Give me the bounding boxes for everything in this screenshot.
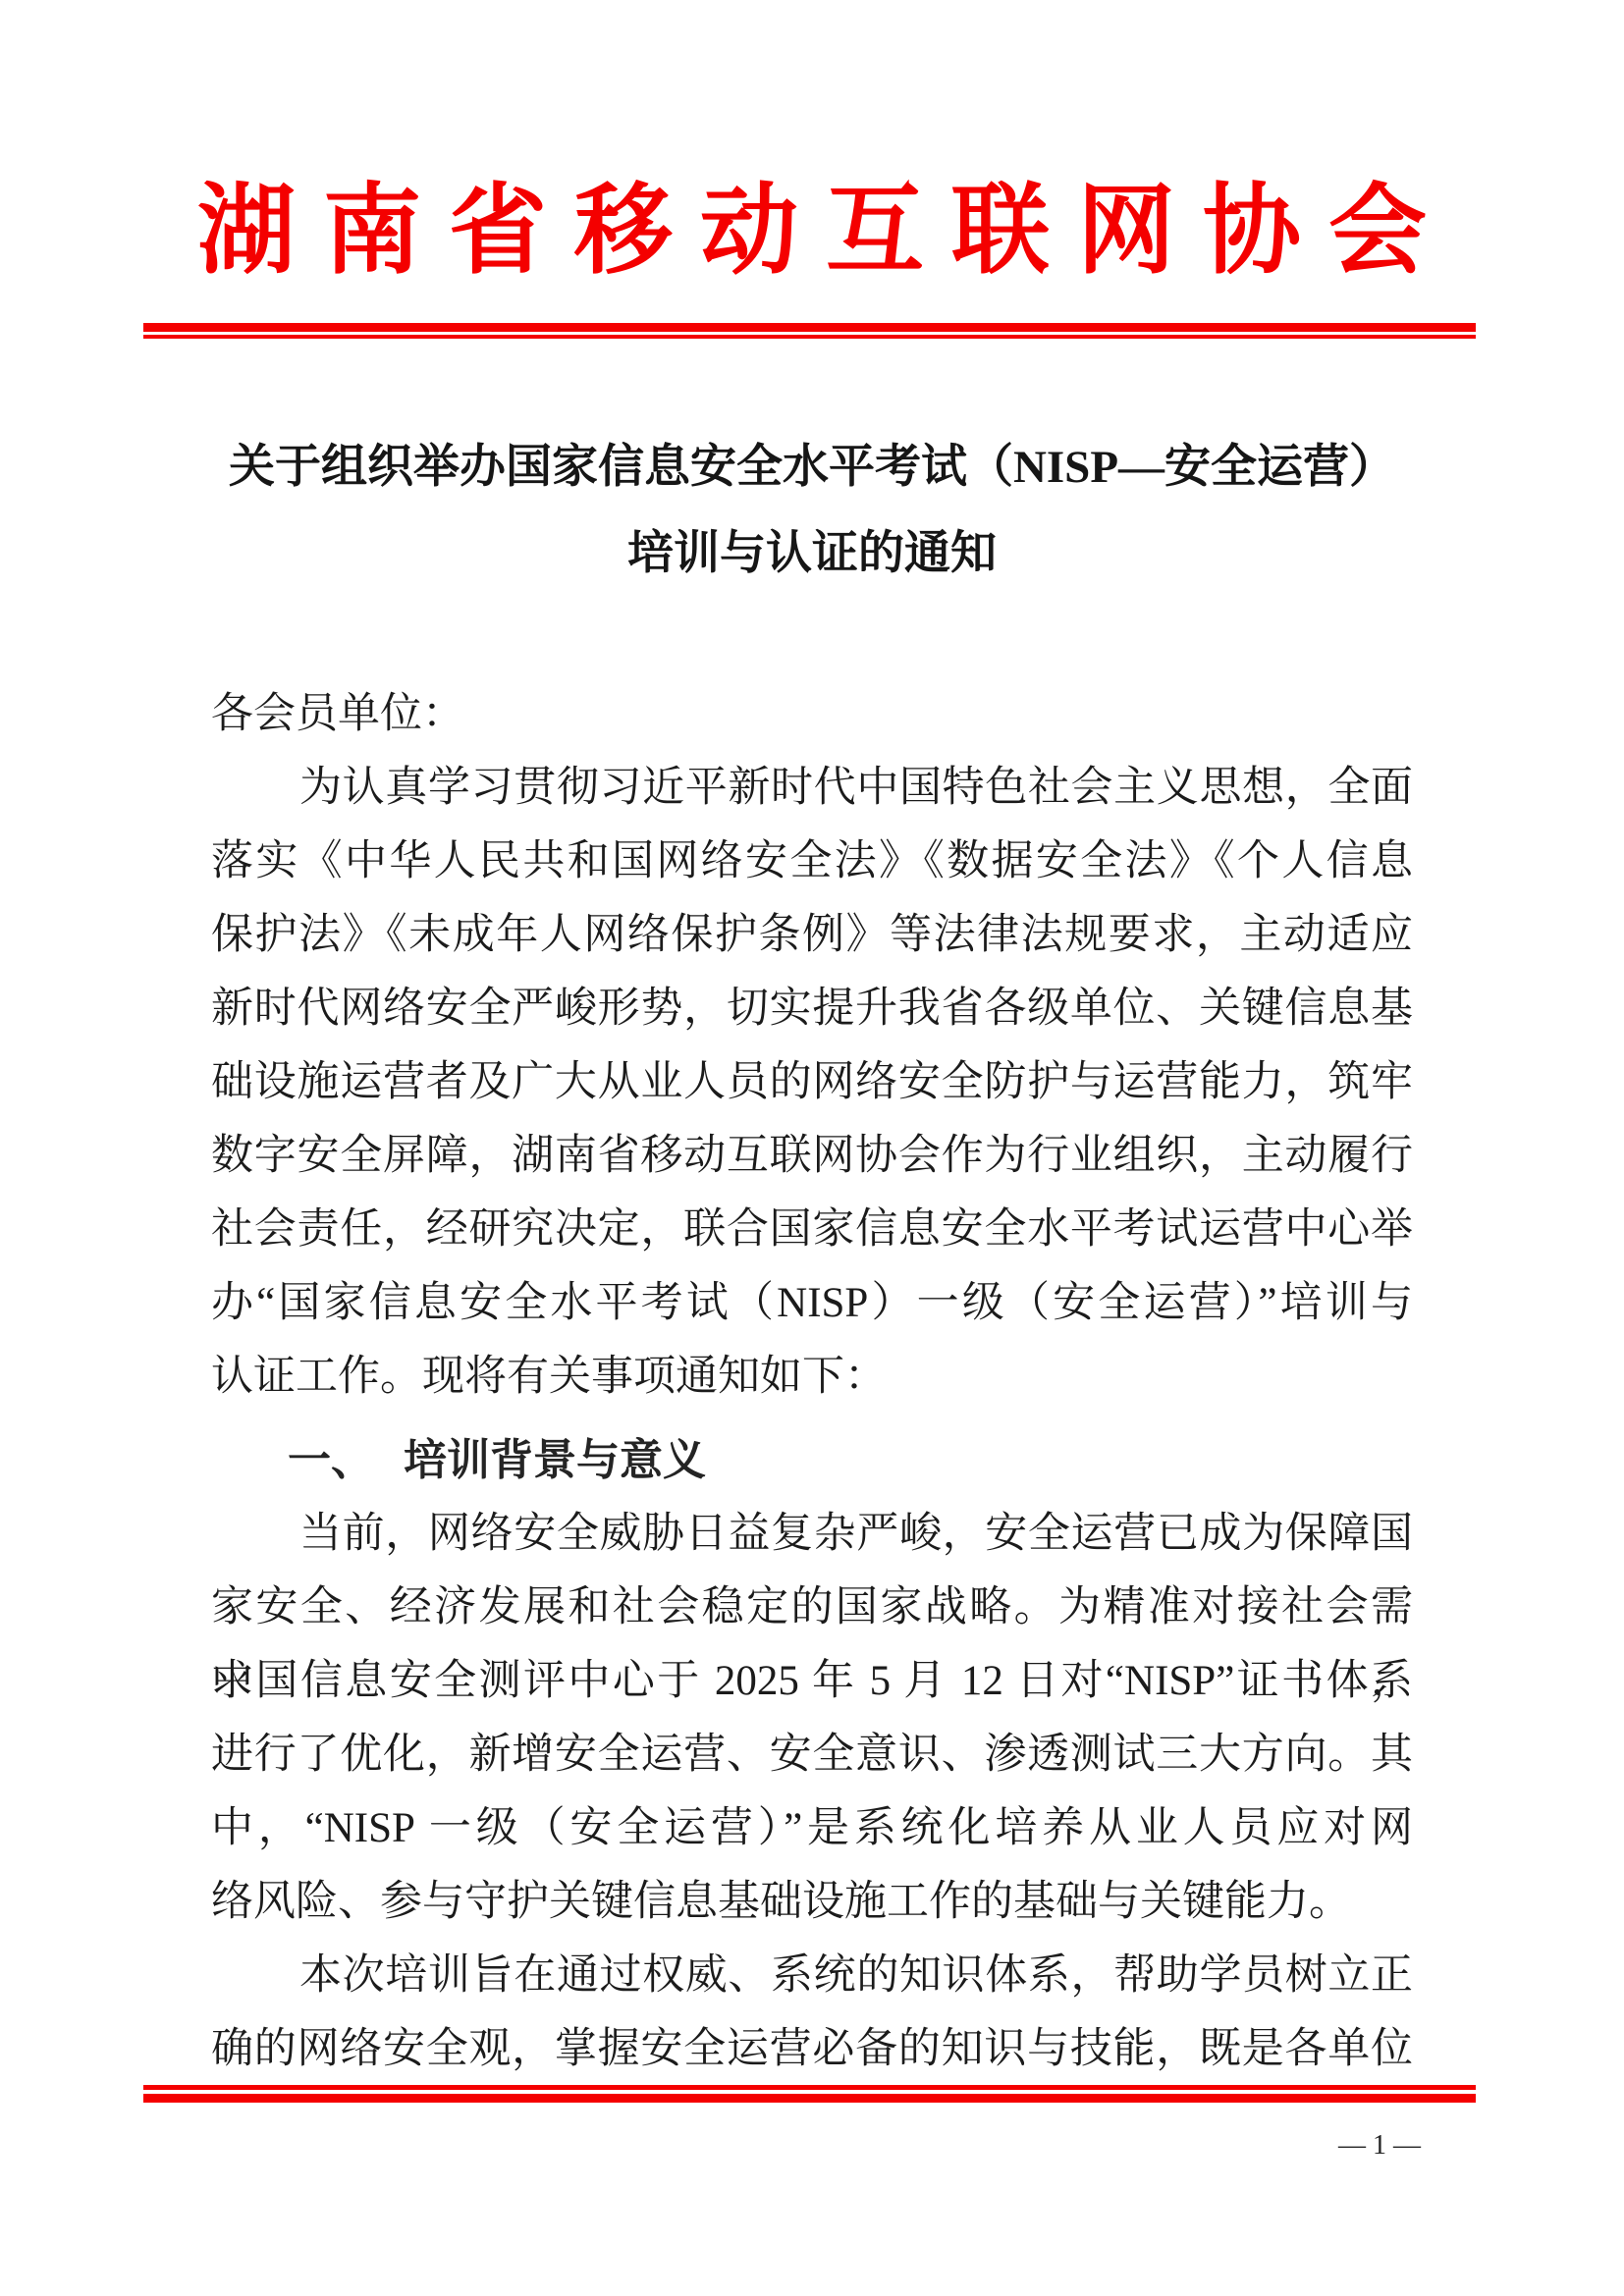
paragraph-line: 数字安全屏障，湖南省移动互联网协会作为行业组织，主动履行: [211, 1119, 1413, 1193]
document-page: 湖南省移动互联网协会 关于组织举办国家信息安全水平考试（NISP—安全运营） 培…: [0, 0, 1624, 2296]
paragraph-line: 新时代网络安全严峻形势，切实提升我省各级单位、关键信息基: [211, 972, 1413, 1045]
paragraph-line: 确的网络安全观，掌握安全运营必备的知识与技能，既是各单位: [211, 2012, 1413, 2086]
document-title-line1: 关于组织举办国家信息安全水平考试（NISP—安全运营）: [0, 424, 1624, 510]
footer-rule-thick: [143, 2094, 1476, 2103]
paragraph-line: 本次培训旨在通过权威、系统的知识体系，帮助学员树立正: [211, 1939, 1413, 2012]
document-title: 关于组织举办国家信息安全水平考试（NISP—安全运营） 培训与认证的通知: [0, 424, 1624, 597]
section-title: 培训背景与意义: [404, 1436, 706, 1484]
paragraph-line: 家安全、经济发展和社会稳定的国家战略。为精准对接社会需求，: [211, 1571, 1413, 1644]
paragraph-line: 社会责任，经研究决定，联合国家信息安全水平考试运营中心举: [211, 1193, 1413, 1266]
section-heading-1: 一、培训背景与意义: [211, 1423, 1413, 1497]
paragraph-line: 络风险、参与守护关键信息基础设施工作的基础与关键能力。: [211, 1865, 1413, 1939]
document-title-line2: 培训与认证的通知: [0, 510, 1624, 597]
paragraph-training: 本次培训旨在通过权威、系统的知识体系，帮助学员树立正 确的网络安全观，掌握安全运…: [211, 1939, 1413, 2086]
header-rule-thin: [143, 335, 1476, 339]
letterhead-org-name: 湖南省移动互联网协会: [0, 179, 1624, 285]
paragraph-line: 中，“NISP 一级（安全运营）”是系统化培养从业人员应对网: [211, 1791, 1413, 1865]
page-number: — 1 —: [1316, 2130, 1443, 2162]
paragraph-line: 当前，网络安全威胁日益复杂严峻，安全运营已成为保障国: [211, 1497, 1413, 1571]
paragraph-line: 保护法》《未成年人网络保护条例》等法律法规要求，主动适应: [211, 898, 1413, 972]
salutation: 各会员单位：: [211, 677, 1413, 751]
paragraph-line: 进行了优化，新增安全运营、安全意识、渗透测试三大方向。其: [211, 1718, 1413, 1791]
paragraph-line: 础设施运营者及广大从业人员的网络安全防护与运营能力，筑牢: [211, 1045, 1413, 1119]
paragraph-intro: 为认真学习贯彻习近平新时代中国特色社会主义思想，全面 落实《中华人民共和国网络安…: [211, 751, 1413, 1414]
paragraph-background: 当前，网络安全威胁日益复杂严峻，安全运营已成为保障国 家安全、经济发展和社会稳定…: [211, 1497, 1413, 1939]
section-index: 一、: [288, 1436, 374, 1484]
paragraph-line: 办“国家信息安全水平考试（NISP）一级（安全运营）”培训与: [211, 1266, 1413, 1340]
paragraph-line: 落实《中华人民共和国网络安全法》《数据安全法》《个人信息: [211, 825, 1413, 898]
paragraph-line: 认证工作。现将有关事项通知如下：: [211, 1340, 1413, 1414]
body-text-block: 各会员单位： 为认真学习贯彻习近平新时代中国特色社会主义思想，全面 落实《中华人…: [211, 677, 1413, 2086]
paragraph-line: 中国信息安全测评中心于 2025 年 5 月 12 日对“NISP”证书体系: [211, 1644, 1413, 1718]
header-rule-thick: [143, 323, 1476, 332]
paragraph-line: 为认真学习贯彻习近平新时代中国特色社会主义思想，全面: [211, 751, 1413, 825]
footer-rule-thin: [143, 2085, 1476, 2090]
